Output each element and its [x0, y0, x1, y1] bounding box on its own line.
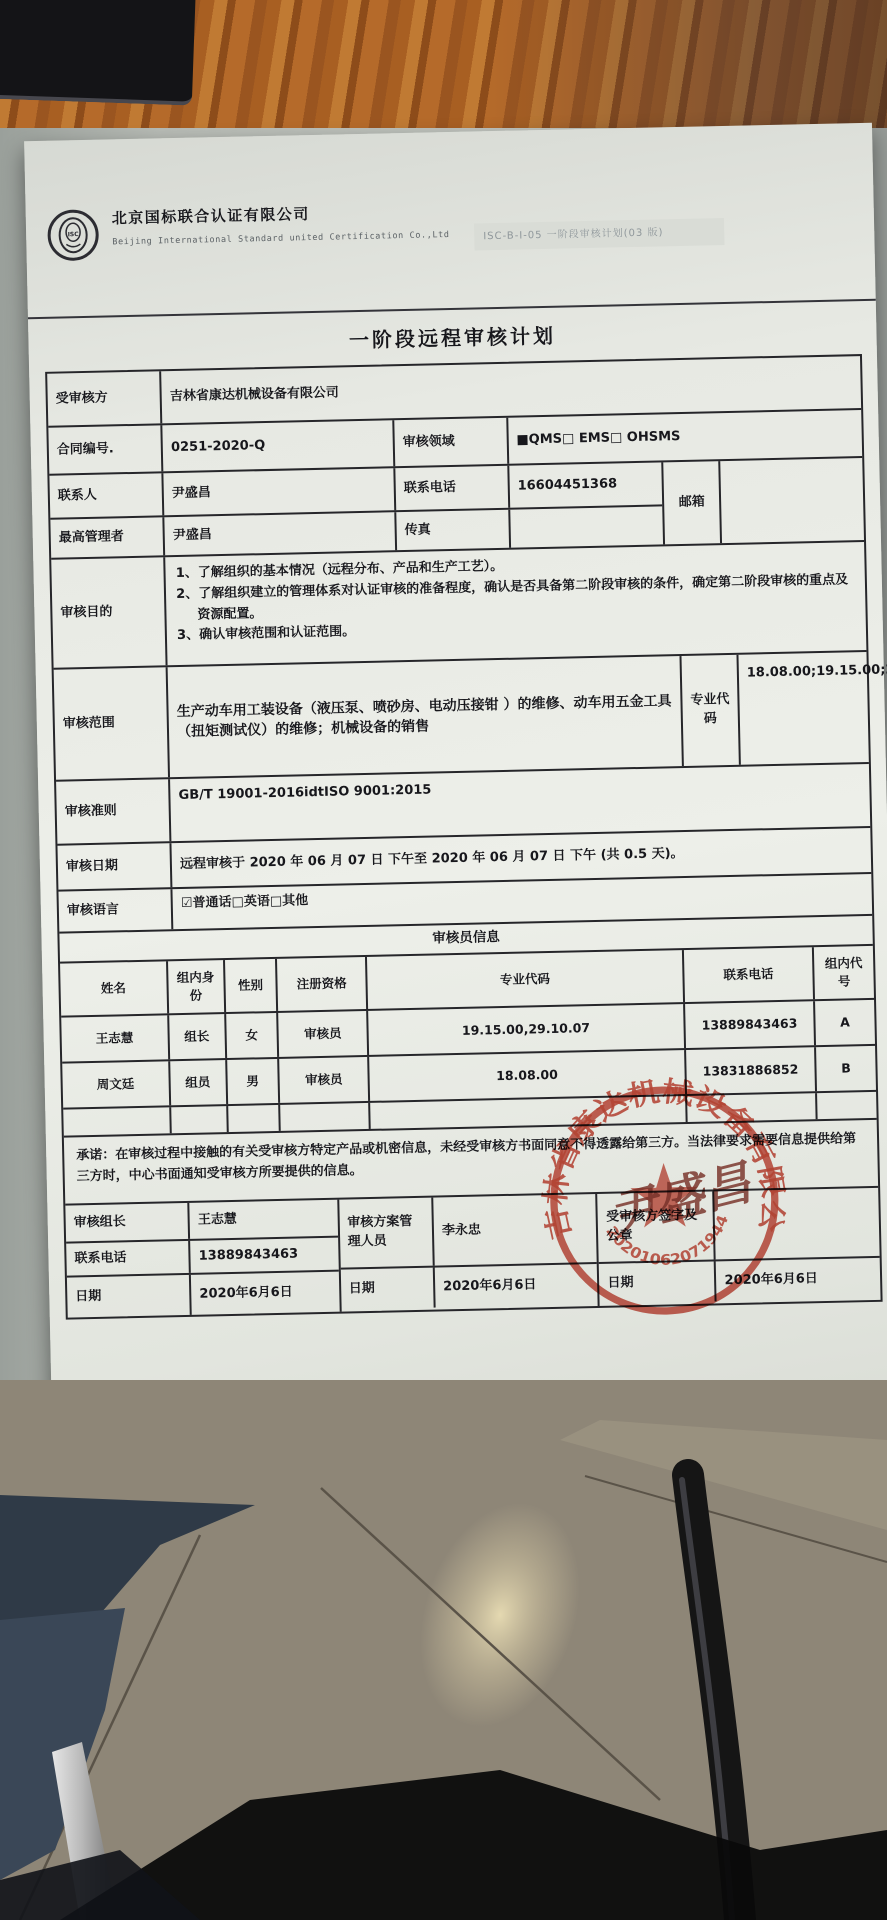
leader-date-value: 2020年6月6日 — [189, 1272, 339, 1315]
purpose-row: 审核目的 1、了解组织的基本情况（远程分布、产品和生产工艺）。 2、了解组织建立… — [51, 540, 866, 668]
auditor2-qualification: 审核员 — [278, 1057, 368, 1103]
audit-date-label: 审核日期 — [57, 843, 170, 889]
auditor2-team-code: B — [814, 1046, 876, 1091]
signoff-block: 审核组长 王志慧 联系电话 13889843463 日期 2020年6月6日 — [65, 1186, 880, 1318]
certification-logo-icon: ISC — [46, 206, 101, 265]
floor-scene — [0, 1380, 887, 1920]
audit-field-value: ■QMS□ EMS□ OHSMS — [506, 410, 862, 464]
leader-phone-value: 13889843463 — [188, 1238, 338, 1273]
auditor1-phone: 13889843463 — [683, 1001, 814, 1048]
fax-value — [508, 506, 663, 547]
auditor2-phone: 13831886852 — [684, 1047, 815, 1094]
contact-phone-label: 联系电话 — [393, 466, 508, 510]
auditee-sign-label: 受审核方签字及公章 — [598, 1191, 714, 1261]
col-qualification: 注册资格 — [275, 957, 366, 1011]
scope-value: 生产动车用工装设备（液压泵、喷砂房、电动压接钳 ）的维修、动车用五金工具（扭矩测… — [166, 656, 682, 777]
col-codes: 专业代码 — [365, 950, 683, 1009]
svg-text:ISC: ISC — [68, 231, 80, 238]
scope-code-label: 专业代码 — [679, 655, 738, 766]
fax-label: 传真 — [394, 510, 509, 550]
scope-code-value: 18.08.00;19.15.00;29.10.07 — [736, 650, 887, 765]
auditor1-team-code: A — [813, 1000, 875, 1045]
purpose-label: 审核目的 — [51, 557, 166, 667]
contract-label: 合同编号. — [48, 425, 161, 473]
team-leader-label: 审核组长 — [65, 1203, 188, 1242]
leader-phone-label: 联系电话 — [66, 1241, 189, 1276]
audit-plan-table: 受审核方 吉林省康达机械设备有限公司 合同编号. 0251-2020-Q 审核领… — [45, 354, 882, 1320]
scheme-manager-label: 审核方案管理人员 — [339, 1198, 433, 1268]
manager-date-label: 日期 — [340, 1268, 433, 1310]
col-name: 姓名 — [60, 961, 167, 1015]
empty-cell — [169, 1106, 226, 1133]
doc-code-badge: ISC-B-I-05 一阶段审核计划(03 版) — [474, 218, 725, 250]
contact-label: 联系人 — [49, 473, 162, 517]
scope-row: 审核范围 生产动车用工装设备（液压泵、喷砂房、电动压接钳 ）的维修、动车用五金工… — [54, 650, 869, 780]
audit-field-label: 审核领域 — [392, 418, 507, 466]
email-value — [718, 458, 864, 543]
auditee-date-label: 日期 — [599, 1261, 715, 1303]
auditor1-codes: 19.15.00,29.10.07 — [366, 1004, 684, 1055]
empty-cell — [63, 1107, 169, 1135]
auditee-sign-area — [713, 1188, 880, 1260]
dark-object-top-left — [0, 0, 196, 106]
col-role: 组内身份 — [166, 960, 224, 1013]
email-label: 邮箱 — [661, 461, 720, 544]
empty-cell — [815, 1092, 877, 1119]
purpose-value: 1、了解组织的基本情况（远程分布、产品和生产工艺）。 2、了解组织建立的管理体系… — [163, 542, 866, 665]
auditor1-gender: 女 — [224, 1013, 278, 1058]
auditor1-name: 王志慧 — [61, 1015, 168, 1061]
language-label: 审核语言 — [58, 889, 171, 931]
col-gender: 性别 — [223, 959, 277, 1012]
leader-date-label: 日期 — [67, 1275, 190, 1318]
photo-background: ISC 北京国标联合认证有限公司 Beijing International S… — [0, 0, 887, 1920]
empty-cell — [226, 1105, 279, 1132]
empty-cell — [685, 1093, 816, 1122]
team-leader-value: 王志慧 — [187, 1200, 337, 1239]
company-name-en: Beijing International Standard united Ce… — [112, 230, 449, 247]
top-manager-value: 尹盛昌 — [162, 512, 395, 555]
auditor2-name: 周文廷 — [62, 1061, 169, 1107]
scope-label: 审核范围 — [54, 667, 169, 779]
document-header: ISC 北京国标联合认证有限公司 Beijing International S… — [24, 123, 876, 319]
auditor1-qualification: 审核员 — [277, 1011, 367, 1057]
auditor2-codes: 18.08.00 — [367, 1050, 685, 1101]
manager-date-value: 2020年6月6日 — [433, 1264, 598, 1308]
col-phone: 联系电话 — [682, 947, 813, 1002]
header-company-block: 北京国标联合认证有限公司 Beijing International Stand… — [112, 198, 450, 247]
col-team-code: 组内代号 — [812, 946, 874, 999]
auditee-date-value: 2020年6月6日 — [714, 1258, 880, 1302]
auditor1-role: 组长 — [167, 1014, 225, 1059]
contact-value: 尹盛昌 — [161, 468, 394, 515]
contract-value: 0251-2020-Q — [161, 420, 394, 471]
empty-cell — [279, 1103, 369, 1131]
contact-phone-value: 16604451368 — [507, 462, 662, 507]
auditor2-gender: 男 — [225, 1059, 279, 1104]
paper-sheet: ISC 北京国标联合认证有限公司 Beijing International S… — [24, 123, 887, 1486]
page-title: 一阶段远程审核计划 — [28, 313, 876, 360]
auditee-label: 受审核方 — [47, 371, 160, 425]
scheme-manager-value: 李永忠 — [431, 1194, 597, 1266]
contacts-group: 联系人 尹盛昌 联系电话 16604451368 最高管理者 尹盛昌 传真 邮箱 — [49, 456, 864, 558]
auditor2-role: 组员 — [168, 1060, 226, 1105]
company-name-cn: 北京国标联合认证有限公司 — [112, 200, 450, 228]
top-manager-label: 最高管理者 — [50, 517, 163, 557]
criteria-label: 审核准则 — [56, 779, 170, 843]
